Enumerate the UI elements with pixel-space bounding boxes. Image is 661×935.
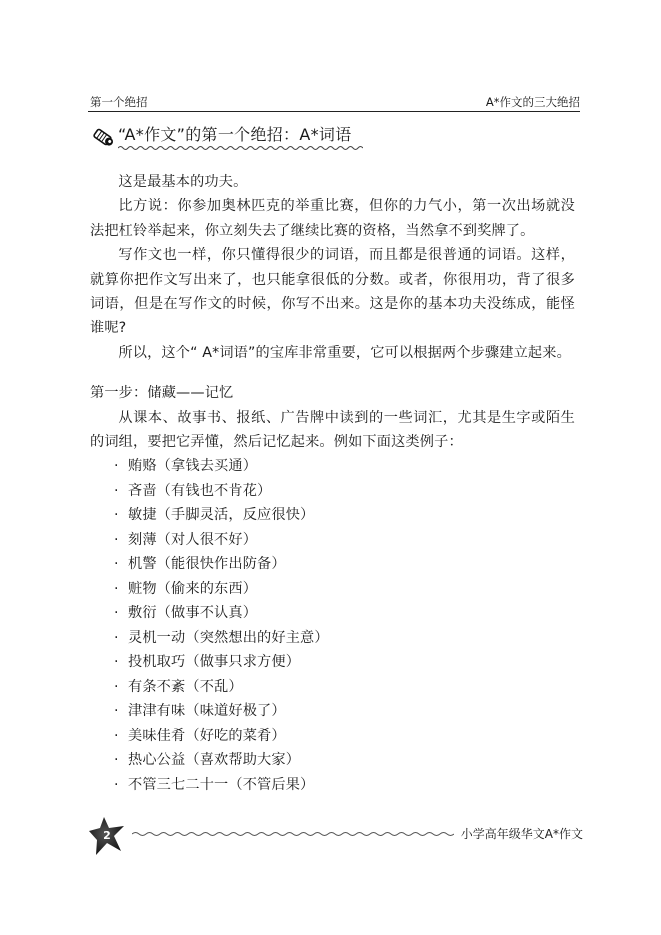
bullet-icon: ·	[114, 773, 119, 798]
bullet-icon: ·	[114, 552, 119, 577]
section-title-row: “A*作文”的第一个绝招：A*词语	[88, 124, 488, 154]
list-item: ·敷衍（做事不认真）	[114, 601, 575, 626]
list-item: ·贿赂（拿钱去买通）	[114, 454, 575, 479]
vocab-entry: 灵机一动（突然想出的好主意）	[128, 630, 329, 646]
list-item: ·刻薄（对人很不好）	[114, 528, 575, 553]
vocab-entry: 热心公益（喜欢帮助大家）	[128, 752, 300, 768]
vocab-entry: 投机取巧（做事只求方便）	[128, 654, 300, 670]
list-item: ·津津有味（味道好极了）	[114, 699, 575, 724]
list-item: ·敏捷（手脚灵活，反应很快）	[114, 503, 575, 528]
list-item: ·赃物（偷来的东西）	[114, 577, 575, 602]
bullet-icon: ·	[114, 577, 119, 602]
vocabulary-list: ·贿赂（拿钱去买通） ·吝啬（有钱也不肯花） ·敏捷（手脚灵活，反应很快） ·刻…	[90, 454, 575, 797]
vocab-entry: 美味佳肴（好吃的菜肴）	[128, 728, 286, 744]
bullet-icon: ·	[114, 650, 119, 675]
book-title: 小学高年级华文A*作文	[461, 825, 583, 842]
vocab-entry: 刻薄（对人很不好）	[128, 532, 257, 548]
list-item: ·灵机一动（突然想出的好主意）	[114, 626, 575, 651]
vocab-entry: 吝啬（有钱也不肯花）	[128, 483, 271, 499]
vocab-entry: 机警（能很快作出防备）	[128, 556, 286, 572]
running-head-chapter: 第一个绝招	[90, 95, 148, 109]
vocab-entry: 赃物（偷来的东西）	[128, 581, 257, 597]
list-item: ·不管三七二十一（不管后果）	[114, 773, 575, 798]
page-footer: 2 小学高年级华文A*作文	[88, 815, 583, 860]
paragraph: 所以，这个“ A*词语”的宝库非常重要，它可以根据两个步骤建立起来。	[90, 341, 575, 365]
vocab-entry: 敷衍（做事不认真）	[128, 605, 257, 621]
bullet-icon: ·	[114, 601, 119, 626]
body-text: 这是最基本的功夫。 比方说：你参加奥林匹克的举重比赛，但你的力气小，第一次出场就…	[90, 170, 575, 797]
bullet-icon: ·	[114, 454, 119, 479]
step-heading: 第一步：储藏——记忆	[90, 381, 575, 405]
bullet-icon: ·	[114, 626, 119, 651]
paragraph: 比方说：你参加奥林匹克的举重比赛，但你的力气小，第一次出场就没法把杠铃举起来，你…	[90, 194, 575, 243]
bullet-icon: ·	[114, 699, 119, 724]
pen-icon	[90, 126, 116, 150]
running-head: 第一个绝招 A*作文的三大绝招	[88, 95, 580, 112]
running-head-book-section: A*作文的三大绝招	[486, 95, 580, 109]
paragraph: 这是最基本的功夫。	[90, 170, 575, 194]
paragraph: 写作文也一样，你只懂得很少的词语，而且都是很普通的词语。这样，就算你把作文写出来…	[90, 243, 575, 341]
list-item: ·热心公益（喜欢帮助大家）	[114, 748, 575, 773]
wavy-underline	[118, 145, 363, 151]
vocab-entry: 津津有味（味道好极了）	[128, 703, 286, 719]
wavy-rule	[132, 831, 454, 837]
list-item: ·吝啬（有钱也不肯花）	[114, 479, 575, 504]
list-item: ·美味佳肴（好吃的菜肴）	[114, 724, 575, 749]
bullet-icon: ·	[114, 748, 119, 773]
bullet-icon: ·	[114, 724, 119, 749]
vocab-entry: 贿赂（拿钱去买通）	[128, 458, 257, 474]
bullet-icon: ·	[114, 503, 119, 528]
bullet-icon: ·	[114, 675, 119, 700]
list-item: ·机警（能很快作出防备）	[114, 552, 575, 577]
bullet-icon: ·	[114, 479, 119, 504]
page-number: 2	[99, 829, 115, 842]
vocab-entry: 不管三七二十一（不管后果）	[128, 777, 314, 793]
section-title: “A*作文”的第一个绝招：A*词语	[118, 125, 352, 145]
list-item: ·有条不紊（不乱）	[114, 675, 575, 700]
step-intro: 从课本、故事书、报纸、广告牌中读到的一些词汇，尤其是生字或陌生的词组，要把它弄懂…	[90, 406, 575, 455]
vocab-entry: 敏捷（手脚灵活，反应很快）	[128, 507, 314, 523]
book-page: 第一个绝招 A*作文的三大绝招 “A*作文”的第一个绝招：A*词语 这是最基本的…	[0, 0, 661, 935]
list-item: ·投机取巧（做事只求方便）	[114, 650, 575, 675]
vocab-entry: 有条不紊（不乱）	[128, 679, 243, 695]
bullet-icon: ·	[114, 528, 119, 553]
